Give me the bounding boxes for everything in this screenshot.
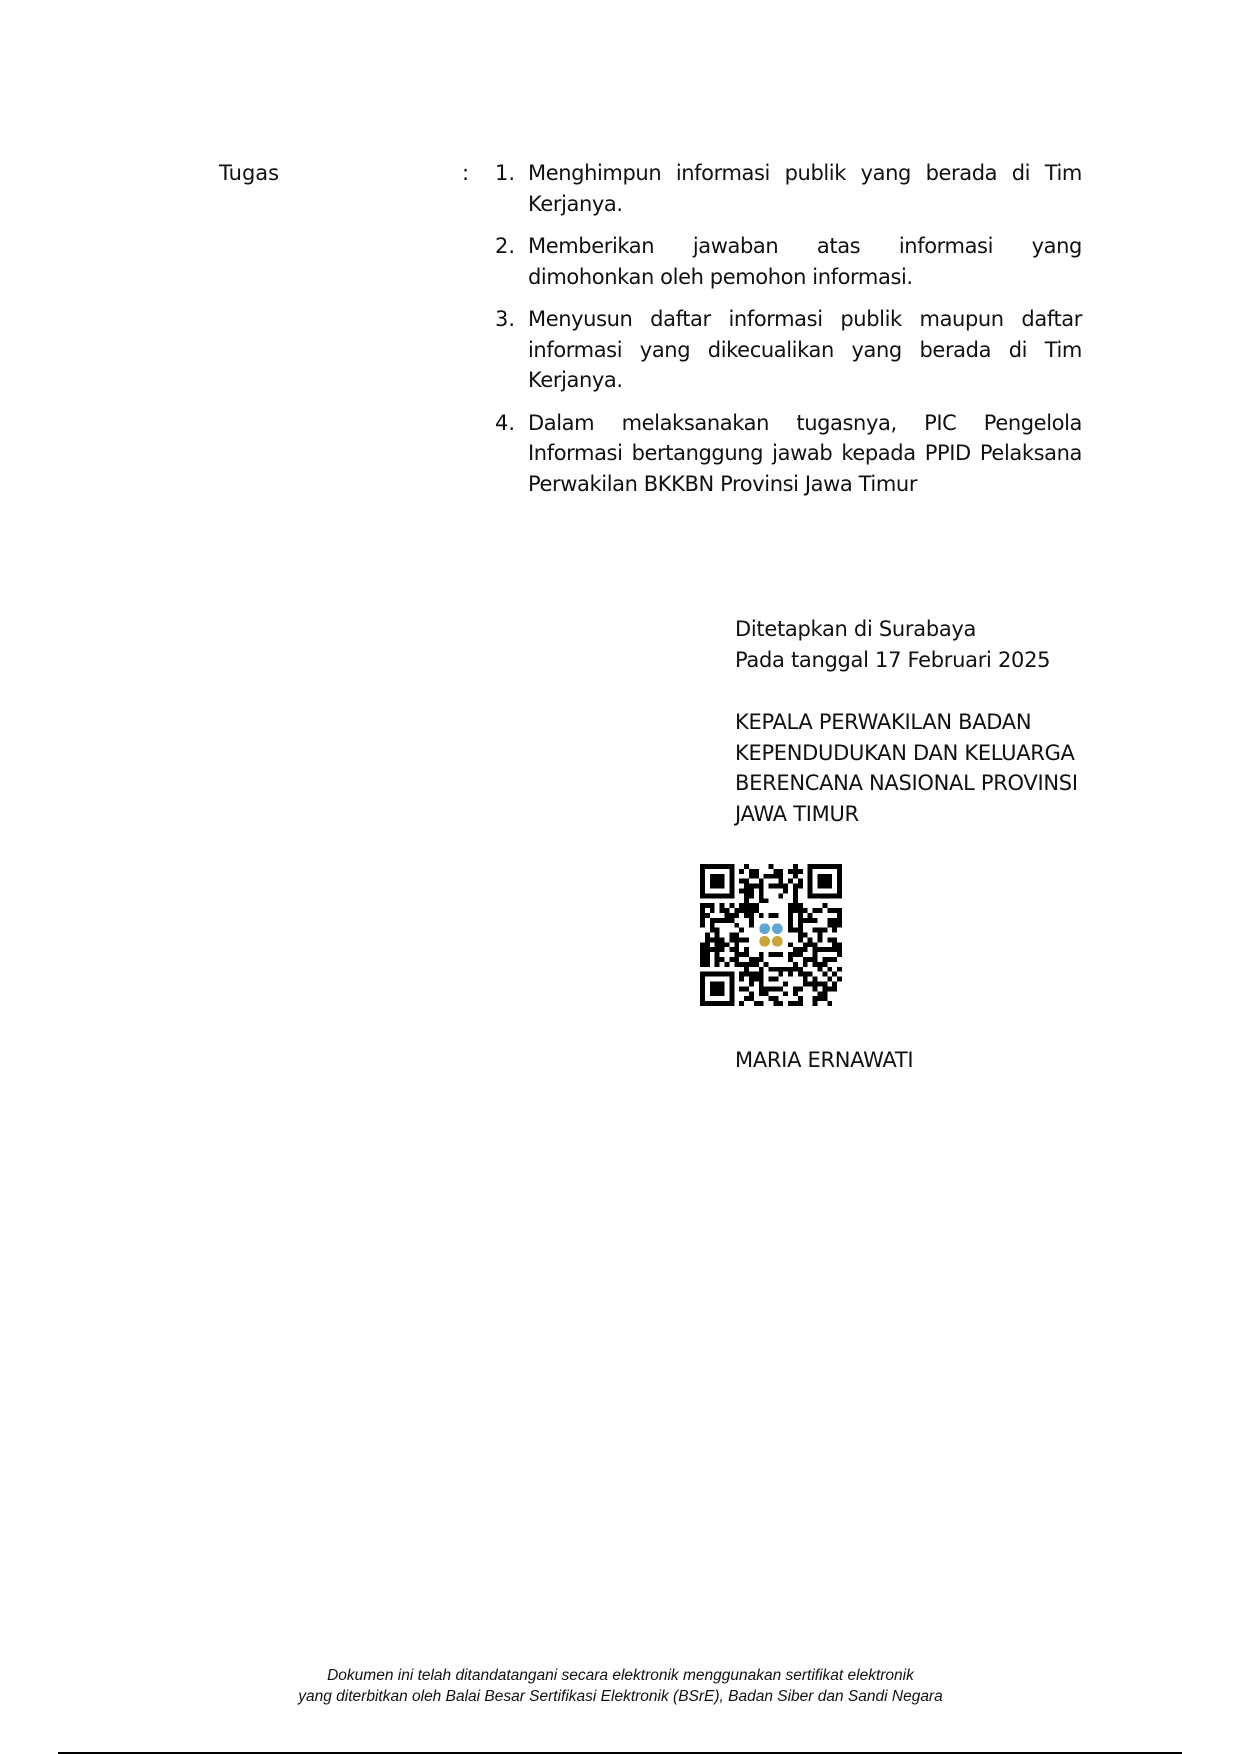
task-number: 2. (495, 231, 528, 292)
task-list: 1. Menghimpun informasi publik yang bera… (495, 158, 1082, 511)
task-text: Menyusun daftar informasi publik maupun … (528, 304, 1082, 396)
qr-code-icon (700, 864, 842, 1006)
signature-block: Ditetapkan di Surabaya Pada tanggal 17 F… (735, 614, 1078, 829)
task-number: 3. (495, 304, 528, 396)
task-item: 2. Memberikan jawaban atas informasi yan… (495, 231, 1082, 292)
signature-date: Pada tanggal 17 Februari 2025 (735, 645, 1078, 676)
task-text: Menghimpun informasi publik yang berada … (528, 158, 1082, 219)
e-signature-footer: Dokumen ini telah ditandatangani secara … (0, 1665, 1241, 1707)
task-item: 3. Menyusun daftar informasi publik maup… (495, 304, 1082, 396)
signatory-title-line: BERENCANA NASIONAL PROVINSI (735, 768, 1078, 799)
signatory-title-line: KEPENDUDUKAN DAN KELUARGA (735, 738, 1078, 769)
signatory-title-line: KEPALA PERWAKILAN BADAN (735, 707, 1078, 738)
task-item: 4. Dalam melaksanakan tugasnya, PIC Peng… (495, 408, 1082, 500)
task-text: Memberikan jawaban atas informasi yang d… (528, 231, 1082, 292)
task-number: 4. (495, 408, 528, 500)
document-page: Tugas : 1. Menghimpun informasi publik y… (0, 0, 1241, 1754)
tugas-label: Tugas (219, 158, 279, 188)
footer-line: yang diterbitkan oleh Balai Besar Sertif… (0, 1686, 1241, 1707)
task-text: Dalam melaksanakan tugasnya, PIC Pengelo… (528, 408, 1082, 500)
signature-place: Ditetapkan di Surabaya (735, 614, 1078, 645)
signatory-name: MARIA ERNAWATI (735, 1045, 913, 1075)
footer-line: Dokumen ini telah ditandatangani secara … (0, 1665, 1241, 1686)
task-number: 1. (495, 158, 528, 219)
tugas-colon: : (462, 158, 469, 188)
task-item: 1. Menghimpun informasi publik yang bera… (495, 158, 1082, 219)
signatory-title-line: JAWA TIMUR (735, 799, 1078, 830)
